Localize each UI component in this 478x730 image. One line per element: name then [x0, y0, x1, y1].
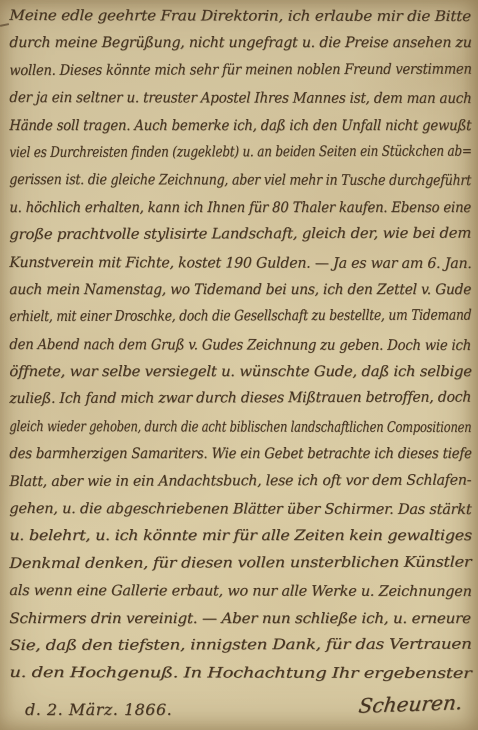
letter-line: als wenn eine Gallerie erbaut, wo nur al…: [9, 578, 472, 606]
letter-line: u. höchlich erhalten, kann ich Ihnen für…: [9, 195, 472, 222]
letter-line: Blatt, aber wie in ein Andachtsbuch, les…: [9, 467, 472, 496]
letter-line: Kunstverein mit Fichte, kostet 190 Gulde…: [9, 250, 472, 278]
letter-line: u. den Hochgenuß. In Hochachtung Ihr erg…: [9, 660, 472, 688]
letter-line-text: Schirmers drin vereinigt. — Aber nun sch…: [9, 606, 471, 633]
signature: Scheuren.: [357, 690, 464, 718]
letter-line-text: Blatt, aber wie in ein Andachtsbuch, les…: [9, 467, 472, 496]
letter-line: des barmherzigen Samariters. Wie ein Geb…: [9, 441, 472, 468]
letter-page: Meine edle geehrte Frau Direktorin, ich …: [0, 0, 478, 730]
letter-line-text: den Abend nach dem Gruß v. Gudes Zeichnu…: [9, 332, 471, 360]
letter-line: gerissen ist. die gleiche Zeichnung, abe…: [9, 167, 472, 195]
margin-dash-mark: [0, 23, 9, 27]
letter-date: d. 2. März. 1866.: [25, 700, 172, 719]
letter-line: Meine edle geehrte Frau Direktorin, ich …: [9, 3, 472, 31]
letter-footer: d. 2. März. 1866. Scheuren.: [9, 690, 468, 719]
letter-line: gehen, u. die abgeschriebenen Blätter üb…: [9, 496, 472, 524]
letter-line: Denkmal denken, für diesen vollen unster…: [9, 549, 472, 578]
letter-line: erhielt, mit einer Droschke, doch die Ge…: [9, 303, 472, 332]
letter-line: Schirmers drin vereinigt. — Aber nun sch…: [9, 606, 472, 633]
letter-line: zuließ. Ich fand mich zwar durch dieses …: [9, 385, 472, 414]
letter-line-text: u. höchlich erhalten, kann ich Ihnen für…: [9, 195, 471, 222]
letter-line-text: des barmherzigen Samariters. Wie ein Geb…: [9, 441, 472, 468]
letter-line: große prachtvolle stylisirte Landschaft,…: [9, 221, 472, 250]
letter-line: auch mein Namenstag, wo Tidemand bei uns…: [9, 277, 472, 304]
letter-line-text: erhielt, mit einer Droschke, doch die Ge…: [9, 303, 472, 332]
letter-line-text: Meine edle geehrte Frau Direktorin, ich …: [9, 3, 471, 31]
letter-line-text: Sie, daß den tiefsten, innigsten Dank, f…: [9, 632, 472, 661]
letter-line-text: Denkmal denken, für diesen vollen unster…: [9, 549, 472, 578]
letter-line-text: u. den Hochgenuß. In Hochachtung Ihr erg…: [9, 660, 472, 688]
letter-line-text: Hände soll tragen. Auch bemerke ich, daß…: [9, 113, 472, 140]
letter-line-text: viel es Durchreisten finden (zugeklebt) …: [9, 139, 472, 168]
letter-line-text: durch meine Begrüßung, nicht ungefragt u…: [9, 30, 472, 57]
letter-line: durch meine Begrüßung, nicht ungefragt u…: [9, 30, 472, 57]
letter-line-text: öffnete, war selbe versiegelt u. wünscht…: [9, 359, 472, 386]
letter-line-text: zuließ. Ich fand mich zwar durch dieses …: [9, 385, 471, 414]
letter-line-text: auch mein Namenstag, wo Tidemand bei uns…: [9, 277, 471, 304]
letter-line: wollen. Dieses könnte mich sehr für mein…: [9, 56, 472, 85]
letter-line-text: Kunstverein mit Fichte, kostet 190 Gulde…: [9, 250, 472, 278]
letter-line-text: als wenn eine Gallerie erbaut, wo nur al…: [9, 578, 472, 606]
letter-line-text: wollen. Dieses könnte mich sehr für mein…: [9, 56, 472, 85]
letter-line-text: große prachtvolle stylisirte Landschaft,…: [9, 221, 471, 250]
letter-line: öffnete, war selbe versiegelt u. wünscht…: [9, 359, 472, 386]
letter-line-text: u. belehrt, u. ich könnte mir für alle Z…: [9, 523, 472, 550]
letter-line-text: gehen, u. die abgeschriebenen Blätter üb…: [9, 496, 472, 524]
letter-line: gleich wieder gehoben, durch die acht bi…: [9, 414, 472, 442]
letter-line: viel es Durchreisten finden (zugeklebt) …: [9, 139, 472, 168]
letter-line-text: gerissen ist. die gleiche Zeichnung, abe…: [9, 167, 471, 195]
letter-line: den Abend nach dem Gruß v. Gudes Zeichnu…: [9, 332, 472, 360]
letter-line: der ja ein seltner u. treuster Apostel I…: [9, 85, 472, 113]
letter-line-text: gleich wieder gehoben, durch die acht bi…: [9, 414, 472, 442]
letter-body: Meine edle geehrte Frau Direktorin, ich …: [9, 3, 471, 688]
letter-line: Sie, daß den tiefsten, innigsten Dank, f…: [9, 632, 472, 661]
letter-line-text: der ja ein seltner u. treuster Apostel I…: [9, 85, 472, 113]
letter-line: Hände soll tragen. Auch bemerke ich, daß…: [9, 113, 472, 140]
letter-line: u. belehrt, u. ich könnte mir für alle Z…: [9, 523, 472, 550]
